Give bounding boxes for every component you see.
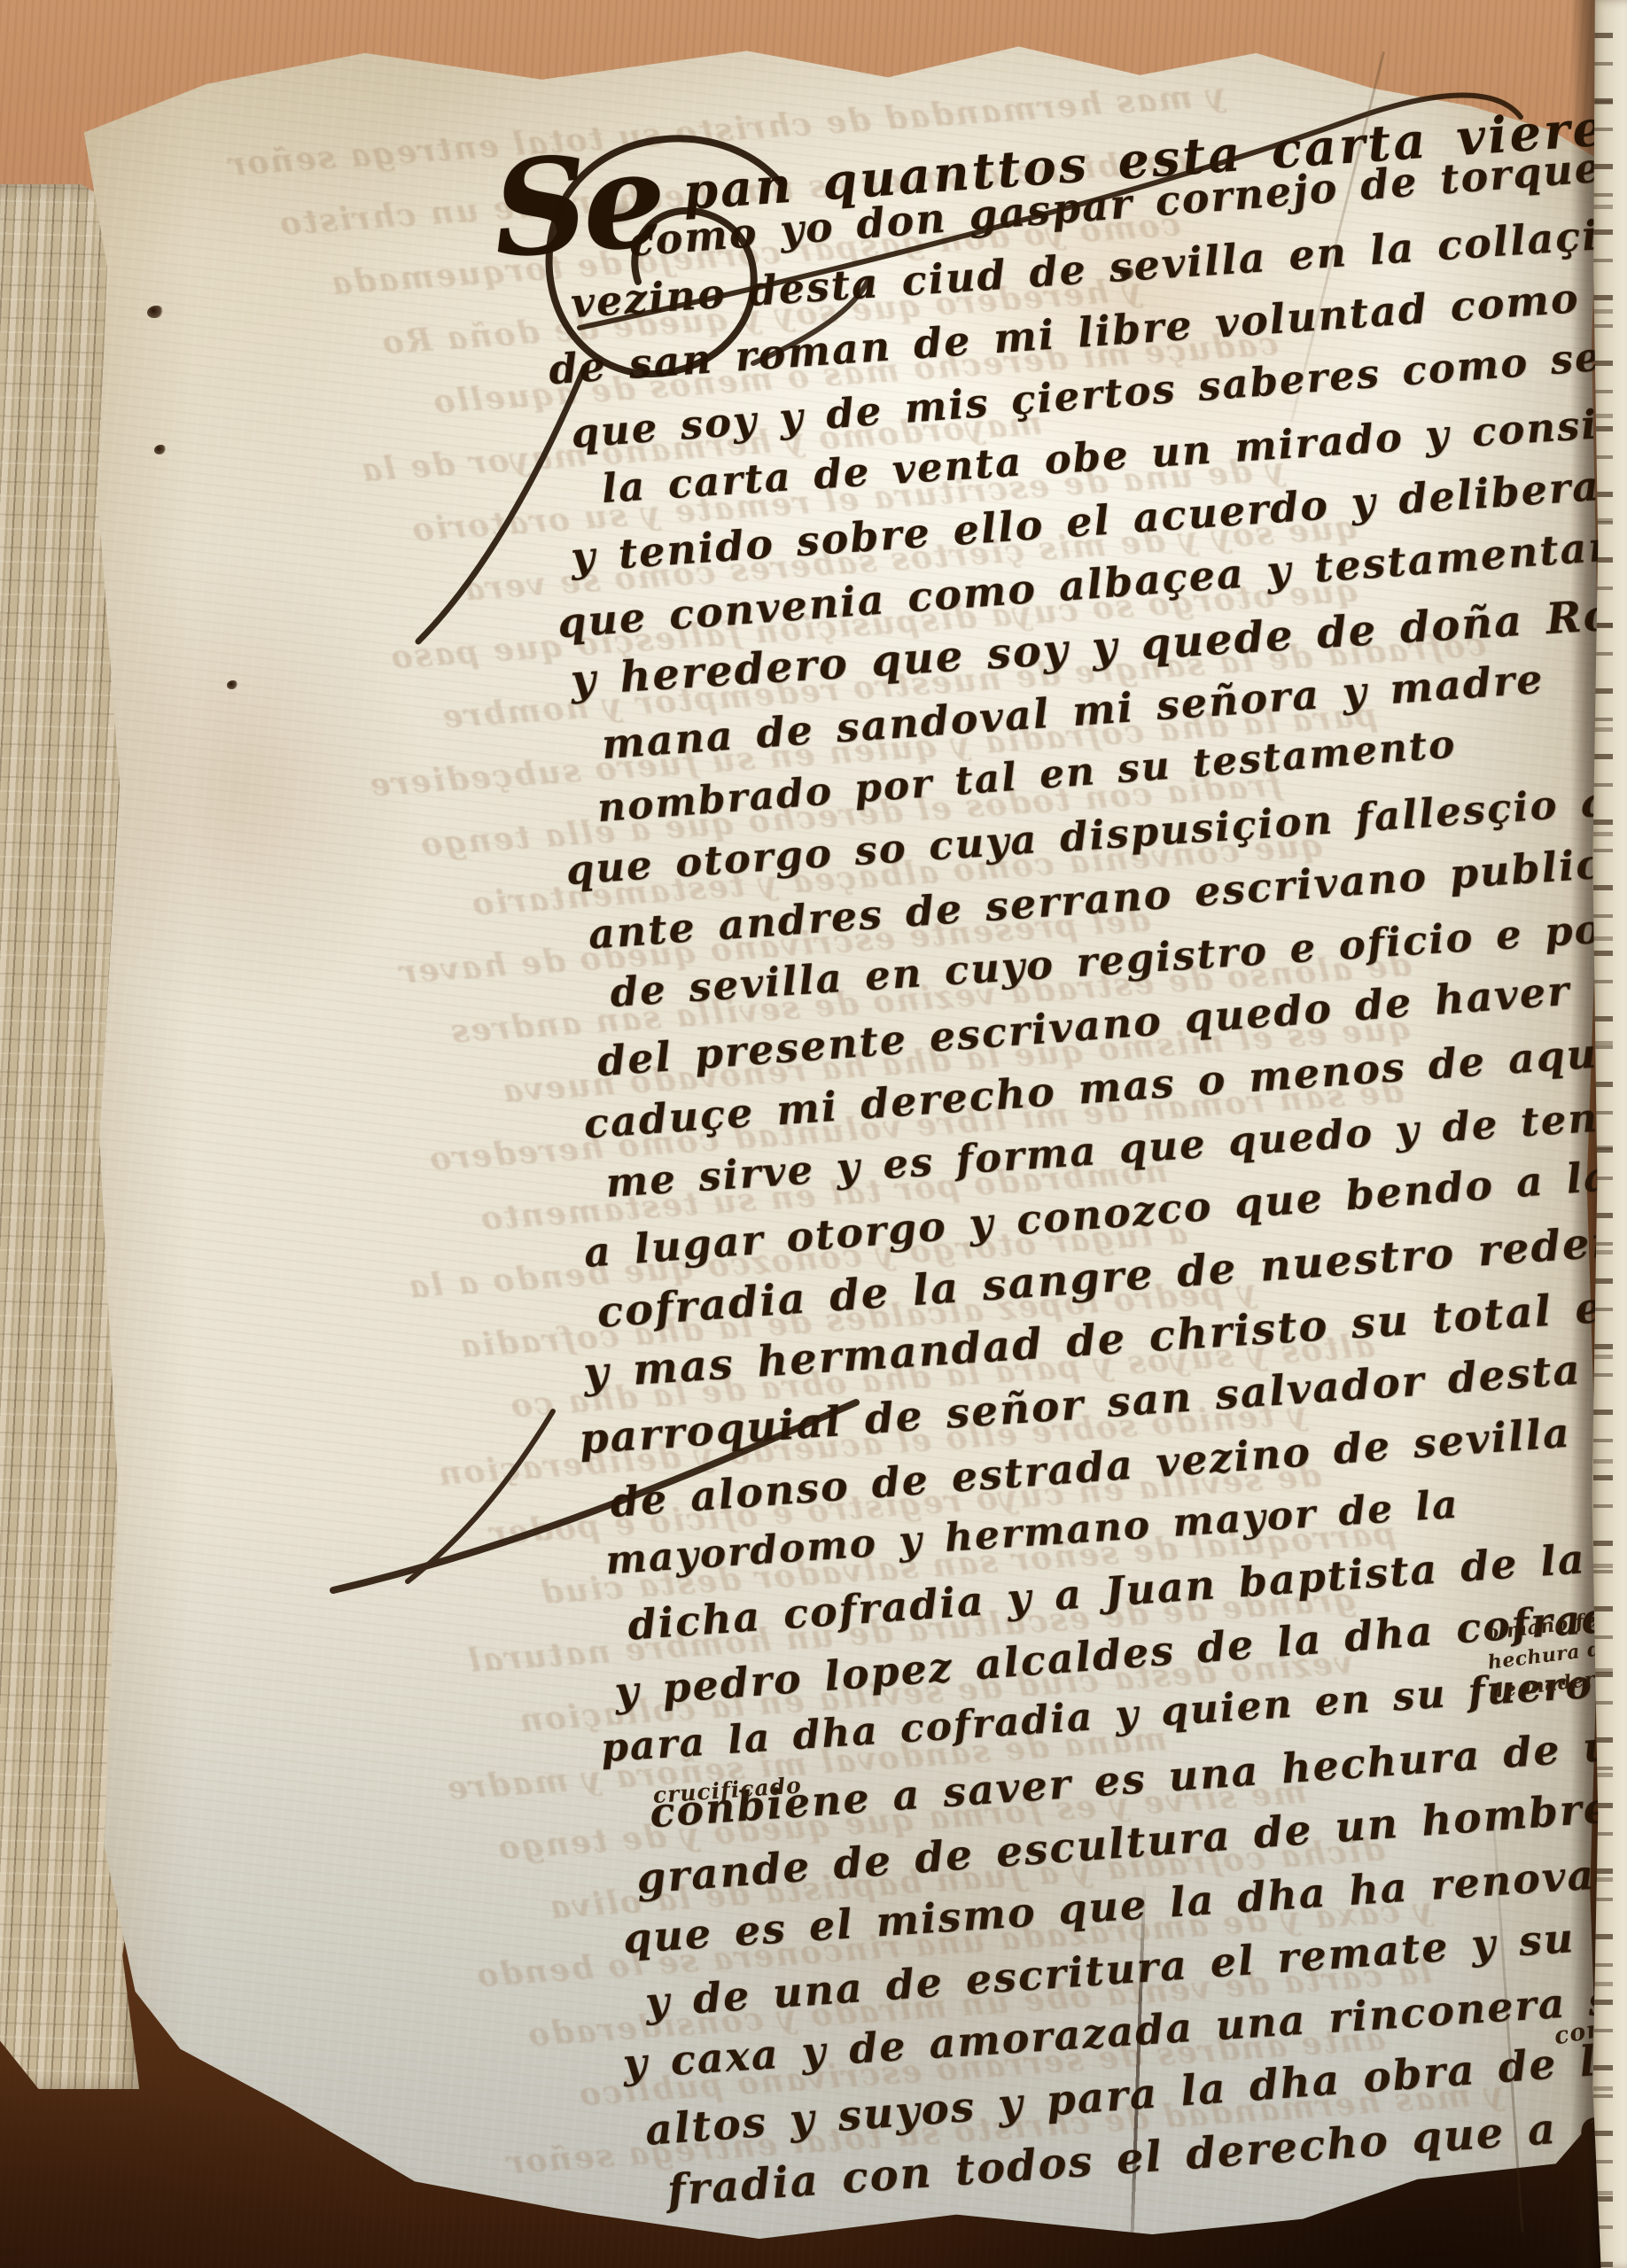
opening-phrase: pan quanttos esta carta vieren bbox=[681, 96, 1627, 221]
bleedthrough-left-margin: como yo don gaspar cornejo de torquemada… bbox=[44, 223, 294, 2075]
bleedthrough-line: como yo don gaspar cornejo de torquemada bbox=[44, 223, 45, 284]
calligraphic-initial: Se bbox=[488, 121, 666, 287]
manuscript-photo: como yo don gaspar cornejo de torquemada… bbox=[0, 0, 1627, 2268]
handwritten-text-block: fradia con todos el derecho que a ella t… bbox=[266, 41, 1627, 2227]
